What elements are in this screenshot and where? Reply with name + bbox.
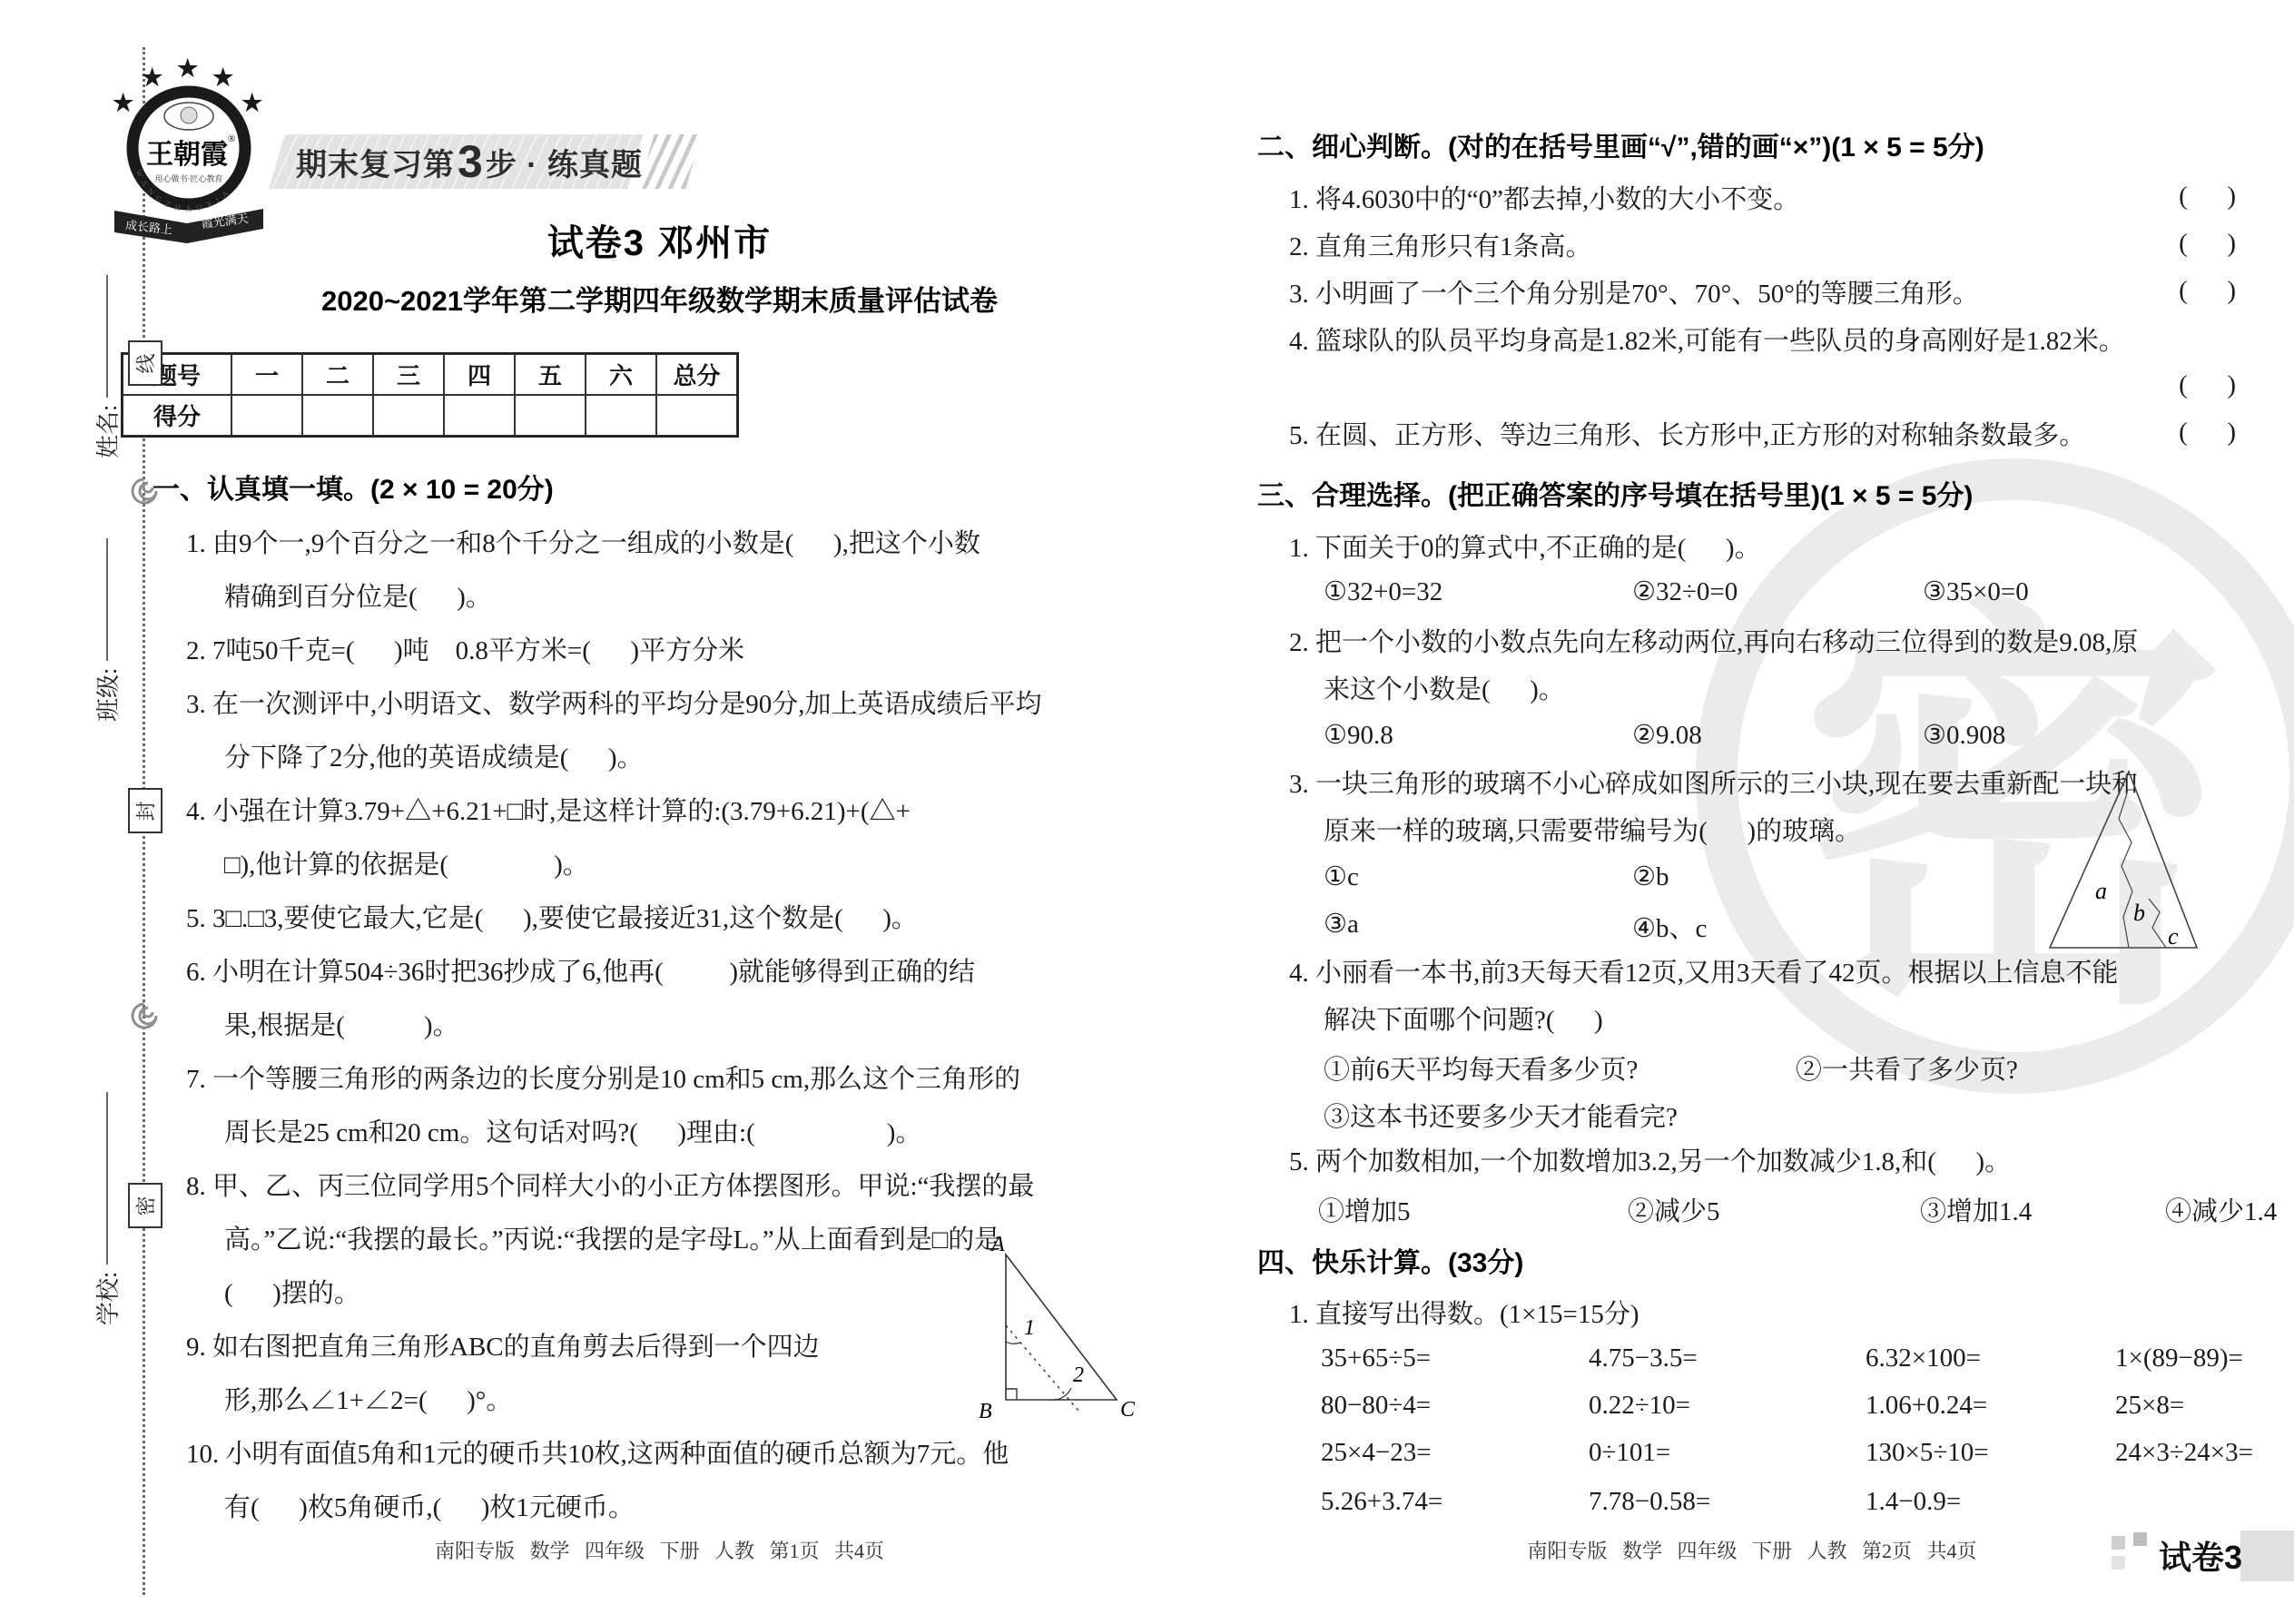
question-line: 有( )枚5角硬币,( )枚1元硬币。 <box>224 1490 635 1526</box>
choice-option: ③增加1.4 <box>1920 1191 2032 1228</box>
calc-expression: 0.22÷10= <box>1589 1391 1690 1421</box>
strip-text-post: 步 · 练真题 <box>486 140 643 184</box>
choice-option: ③0.908 <box>1923 719 2005 751</box>
judge-item: 2. 直角三角形只有1条高。 <box>1289 229 1592 265</box>
score-header-cell: 总分 <box>656 354 737 395</box>
tab-square-icon <box>2112 1556 2125 1570</box>
choice-option: ④b、c <box>1632 908 1707 945</box>
question-line: 高。”乙说:“我摆的最长。”丙说:“我摆的是字母L。”从上面看到是□的是 <box>224 1222 1000 1258</box>
svg-text:★: ★ <box>142 64 163 91</box>
svg-text:★: ★ <box>241 90 263 116</box>
question-line: 精确到百分位是( )。 <box>224 579 492 615</box>
question-line: 8. 甲、乙、丙三位同学用5个同样大小的小正方体摆图形。甲说:“我摆的最 <box>186 1168 1034 1205</box>
name-field: 姓名: <box>91 266 122 458</box>
question-line: 果,根据是( )。 <box>224 1008 459 1044</box>
answer-bracket: ( ) <box>2179 182 2236 212</box>
school-field: 学校: <box>91 1075 122 1325</box>
seal-char: 封 <box>131 801 159 821</box>
vertex-c-label: C <box>1120 1398 1135 1422</box>
seal-char: 密 <box>131 1196 159 1216</box>
glass-b-label: b <box>2133 900 2145 926</box>
score-table: 题号 一 二 三 四 五 六 总分 得分 <box>121 352 739 438</box>
crack-line <box>2149 899 2166 948</box>
angle2-label: 2 <box>1073 1363 1084 1387</box>
score-empty-cell <box>515 395 586 436</box>
calc-expression: 25×4−23= <box>1321 1438 1432 1468</box>
choice-option: ③35×0=0 <box>1923 576 2029 607</box>
class-field-label: 班级: <box>90 668 123 722</box>
section3-heading: 三、合理选择。(把正确答案的序号填在括号里)(1 × 5 = 5分) <box>1257 478 1973 515</box>
question-line: 9. 如右图把直角三角形ABC的直角剪去后得到一个四边 <box>186 1329 820 1365</box>
calc-expression: 7.78−0.58= <box>1589 1487 1710 1517</box>
exam-subtitle: 2020~2021学年第二学期四年级数学期末质量评估试卷 <box>121 278 1198 319</box>
calc-expression: 1.06+0.24= <box>1866 1391 1987 1421</box>
name-field-label: 姓名: <box>90 405 123 458</box>
score-empty-cell <box>444 395 515 436</box>
vertex-a-label: A <box>989 1233 1005 1256</box>
score-header-cell: 三 <box>373 354 444 395</box>
score-row-label: 得分 <box>123 395 231 436</box>
logo-registered-mark: ® <box>228 133 235 144</box>
page-tab-label: 试卷3 <box>2159 1532 2242 1579</box>
question-line: 10. 小明有面值5角和1元的硬币共10枚,这两种面值的硬币总额为7元。他 <box>186 1436 1009 1472</box>
question-line: 形,那么∠1+∠2=( )°。 <box>224 1383 512 1419</box>
broken-glass-figure: a b c <box>2043 764 2206 964</box>
tab-square-icon <box>2133 1532 2147 1546</box>
logo-brand-text: 王朝霞 <box>146 140 228 170</box>
section4-subheading: 1. 直接写出得数。(1×15=15分) <box>1289 1296 1639 1333</box>
choice-option: ③这本书还要多少天才能看完? <box>1324 1097 1678 1134</box>
question-line: 2. 7吨50千克=( )吨 0.8平方米=( )平方分米 <box>186 633 744 669</box>
question-line: 7. 一个等腰三角形的两条边的长度分别是10 cm和5 cm,那么这个三角形的 <box>186 1061 1020 1097</box>
question-line: □),他计算的依据是( )。 <box>224 847 589 883</box>
judge-item: 5. 在圆、正方形、等边三角形、长方形中,正方形的对称轴条数最多。 <box>1289 418 2085 454</box>
angle1-label: 1 <box>1024 1316 1035 1340</box>
calc-expression: 25×8= <box>2115 1391 2184 1421</box>
score-empty-cell <box>302 395 373 436</box>
strip-step-number: 3 <box>458 139 483 184</box>
right-triangle-figure: 1 2 A B C <box>935 1227 1135 1432</box>
score-empty-cell <box>656 395 737 436</box>
tab-square-icon <box>2112 1536 2125 1550</box>
logo-tagline: 用心做书·匠心教育 <box>155 173 223 183</box>
strip-text-pre: 期末复习第 <box>296 140 455 184</box>
question-line: 1. 由9个一,9个百分之一和8个千分之一组成的小数是( ),把这个小数 <box>186 526 980 562</box>
header-strip-title: 期末复习第 3 步 · 练真题 <box>296 134 643 189</box>
footer-right: 南阳专版 数学 四年级 下册 人教 第2页 共4页 <box>1262 1536 2242 1564</box>
question-line: 周长是25 cm和20 cm。这句话对吗?( )理由:( )。 <box>224 1115 921 1151</box>
score-header-cell: 四 <box>444 354 515 395</box>
section4-heading: 四、快乐计算。(33分) <box>1257 1245 1523 1282</box>
name-blank-line <box>105 275 108 398</box>
question-line: 5. 3□.□3,要使它最大,它是( ),要使它最接近31,这个数是( )。 <box>186 901 918 937</box>
judge-item: 4. 篮球队的队员平均身高是1.82米,可能有一些队员的身高刚好是1.82米。 <box>1289 323 2125 359</box>
question-line: 解决下面哪个问题?( ) <box>1324 1002 1603 1038</box>
class-field: 班级: <box>91 529 122 722</box>
judge-item: 1. 将4.6030中的“0”都去掉,小数的大小不变。 <box>1289 182 1799 218</box>
svg-text:★: ★ <box>212 64 234 91</box>
choice-option: ②b <box>1632 861 1669 892</box>
seal-box-feng: 封 <box>128 788 162 833</box>
calc-expression: 6.32×100= <box>1866 1343 1981 1373</box>
choice-option: ②一共看了多少页? <box>1796 1049 2018 1087</box>
calc-expression: 80−80÷4= <box>1321 1391 1431 1421</box>
calc-expression: 130×5÷10= <box>1866 1438 1989 1468</box>
score-empty-cell <box>373 395 444 436</box>
school-field-label: 学校: <box>90 1272 123 1325</box>
question-line: 1. 下面关于0的算式中,不正确的是( )。 <box>1289 530 1761 566</box>
question-line: 分下降了2分,他的英语成绩是( )。 <box>224 740 644 776</box>
choice-option: ①增加5 <box>1318 1191 1411 1228</box>
question-line: ( )摆的。 <box>224 1275 360 1312</box>
svg-text:★: ★ <box>113 90 134 116</box>
glass-a-label: a <box>2095 878 2107 904</box>
score-header-cell: 二 <box>302 354 373 395</box>
judge-item: 3. 小明画了一个三个角分别是70°、70°、50°的等腰三角形。 <box>1289 276 1979 312</box>
seal-box-line: 线 <box>128 340 162 386</box>
choice-option: ②32÷0=0 <box>1632 576 1738 607</box>
svg-text:★: ★ <box>177 55 199 82</box>
exam-title: 试卷3 邓州市 <box>121 214 1198 266</box>
question-line: 来这个小数是( )。 <box>1324 672 1565 708</box>
class-blank-line <box>105 538 108 661</box>
header-strip-hatch <box>638 134 701 189</box>
choice-option: ①90.8 <box>1324 719 1393 751</box>
score-header-cell: 六 <box>586 354 656 395</box>
score-header-cell: 五 <box>515 354 586 395</box>
question-line: 3. 在一次测评中,小明语文、数学两科的平均分是90分,加上英语成绩后平均 <box>186 686 1042 723</box>
score-header-cell: 一 <box>231 354 302 395</box>
glass-c-label: c <box>2168 923 2179 950</box>
section1-heading: 一、认真填一填。(2 × 10 = 20分) <box>153 472 554 508</box>
answer-bracket: ( ) <box>2179 229 2236 259</box>
choice-option: ④减少1.4 <box>2165 1191 2277 1228</box>
vertex-b-label: B <box>979 1400 992 1423</box>
choice-option: ①前6天平均每天看多少页? <box>1324 1049 1638 1087</box>
choice-option: ①32+0=32 <box>1324 576 1442 607</box>
binding-clip-icon <box>129 1000 160 1031</box>
question-line: 原来一样的玻璃,只需要带编号为( )的玻璃。 <box>1324 813 1861 850</box>
answer-bracket: ( ) <box>2179 370 2236 400</box>
right-angle-mark <box>1006 1389 1017 1400</box>
school-blank-line <box>105 1092 108 1265</box>
binding-clip-icon <box>129 476 160 507</box>
crack-line <box>2119 793 2132 948</box>
calc-expression: 35+65÷5= <box>1321 1343 1431 1373</box>
score-empty-cell <box>586 395 656 436</box>
footer-left: 南阳专版 数学 四年级 下册 人教 第1页 共4页 <box>121 1536 1198 1564</box>
choice-option: ①c <box>1324 861 1359 892</box>
choice-option: ②9.08 <box>1632 719 1702 751</box>
choice-option: ③a <box>1324 908 1359 940</box>
score-empty-cell <box>231 395 302 436</box>
answer-bracket: ( ) <box>2179 276 2236 306</box>
logo-portrait-icon <box>181 107 197 123</box>
page-tab-background <box>2240 1530 2294 1581</box>
calc-expression: 0÷101= <box>1589 1438 1670 1468</box>
seal-char: 线 <box>131 353 159 373</box>
seal-box-mi: 密 <box>128 1183 162 1228</box>
question-line: 4. 小丽看一本书,前3天每天看12页,又用3天看了42页。根据以上信息不能 <box>1289 955 2119 991</box>
question-line: 3. 一块三角形的玻璃不小心碎成如图所示的三小块,现在要去重新配一块和 <box>1289 766 2138 802</box>
section2-heading: 二、细心判断。(对的在括号里画“√”,错的画“×”)(1 × 5 = 5分) <box>1257 130 1984 166</box>
calc-expression: 5.26+3.74= <box>1321 1487 1442 1517</box>
answer-bracket: ( ) <box>2179 418 2236 448</box>
question-line: 6. 小明在计算504÷36时把36抄成了6,他再( )就能够得到正确的结 <box>186 954 975 990</box>
calc-expression: 1.4−0.9= <box>1866 1487 1961 1517</box>
calc-expression: 4.75−3.5= <box>1589 1343 1698 1373</box>
choice-option: ②减少5 <box>1628 1191 1720 1228</box>
question-line: 4. 小强在计算3.79+△+6.21+□时,是这样计算的:(3.79+6.21… <box>186 793 911 830</box>
question-line: 2. 把一个小数的小数点先向左移动两位,再向右移动三位得到的数是9.08,原 <box>1289 625 2138 661</box>
calc-expression: 1×(89−89)= <box>2115 1343 2243 1373</box>
question-line: 5. 两个加数相加,一个加数增加3.2,另一个加数减少1.8,和( )。 <box>1289 1144 2011 1180</box>
calc-expression: 24×3÷24×3= <box>2115 1438 2253 1468</box>
